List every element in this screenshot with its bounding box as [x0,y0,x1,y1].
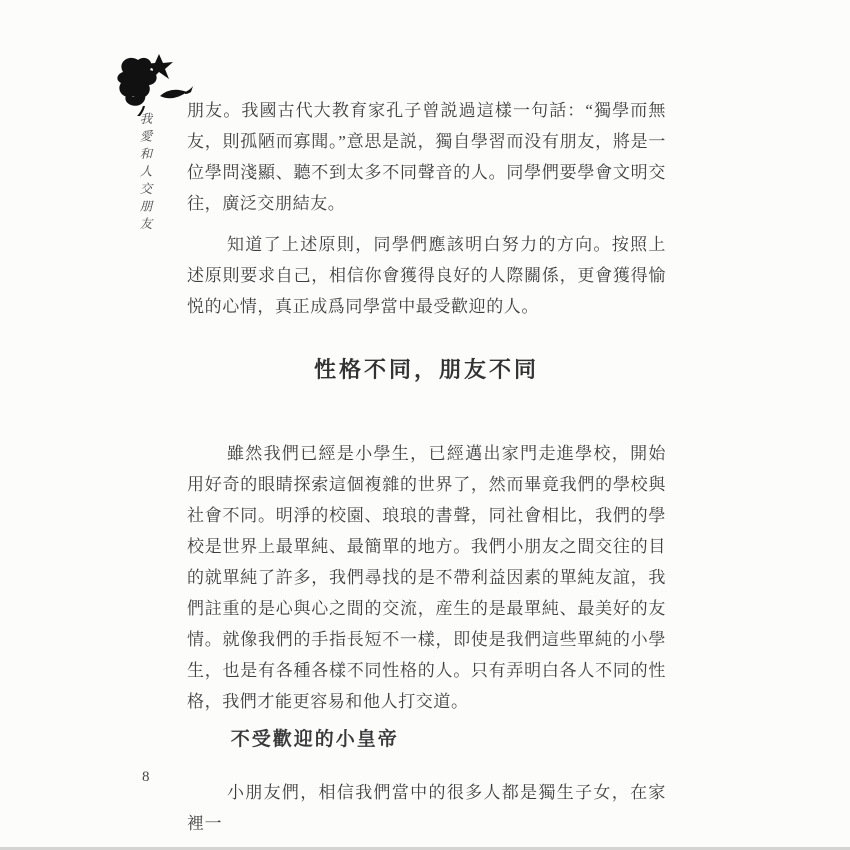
body-paragraph-3: 雖然我們已經是小學生，已經邁出家門走進學校，開始用好奇的眼睛探索這個複雜的世界了… [187,438,666,717]
page-body: 朋友。我國古代大教育家孔子曾説過這樣一句話：“獨學而無友，則孤陋而寡聞。”意思是… [187,95,666,839]
page-number: 8 [142,769,150,786]
body-paragraph-1: 朋友。我國古代大教育家孔子曾説過這樣一句話：“獨學而無友，則孤陋而寡聞。”意思是… [187,95,666,219]
book-page: 我愛和人交朋友 朋友。我國古代大教育家孔子曾説過這樣一句話：“獨學而無友，則孤陋… [0,0,850,850]
sub-heading: 不受歡迎的小皇帝 [187,725,666,755]
book-side-title: 我愛和人交朋友 [136,112,154,262]
section-heading: 性格不同，朋友不同 [187,354,666,386]
body-paragraph-4: 小朋友們，相信我們當中的很多人都是獨生子女，在家裡一 [187,777,666,839]
body-paragraph-2: 知道了上述原則，同學們應該明白努力的方向。按照上述原則要求自己，相信你會獲得良好… [187,229,666,322]
